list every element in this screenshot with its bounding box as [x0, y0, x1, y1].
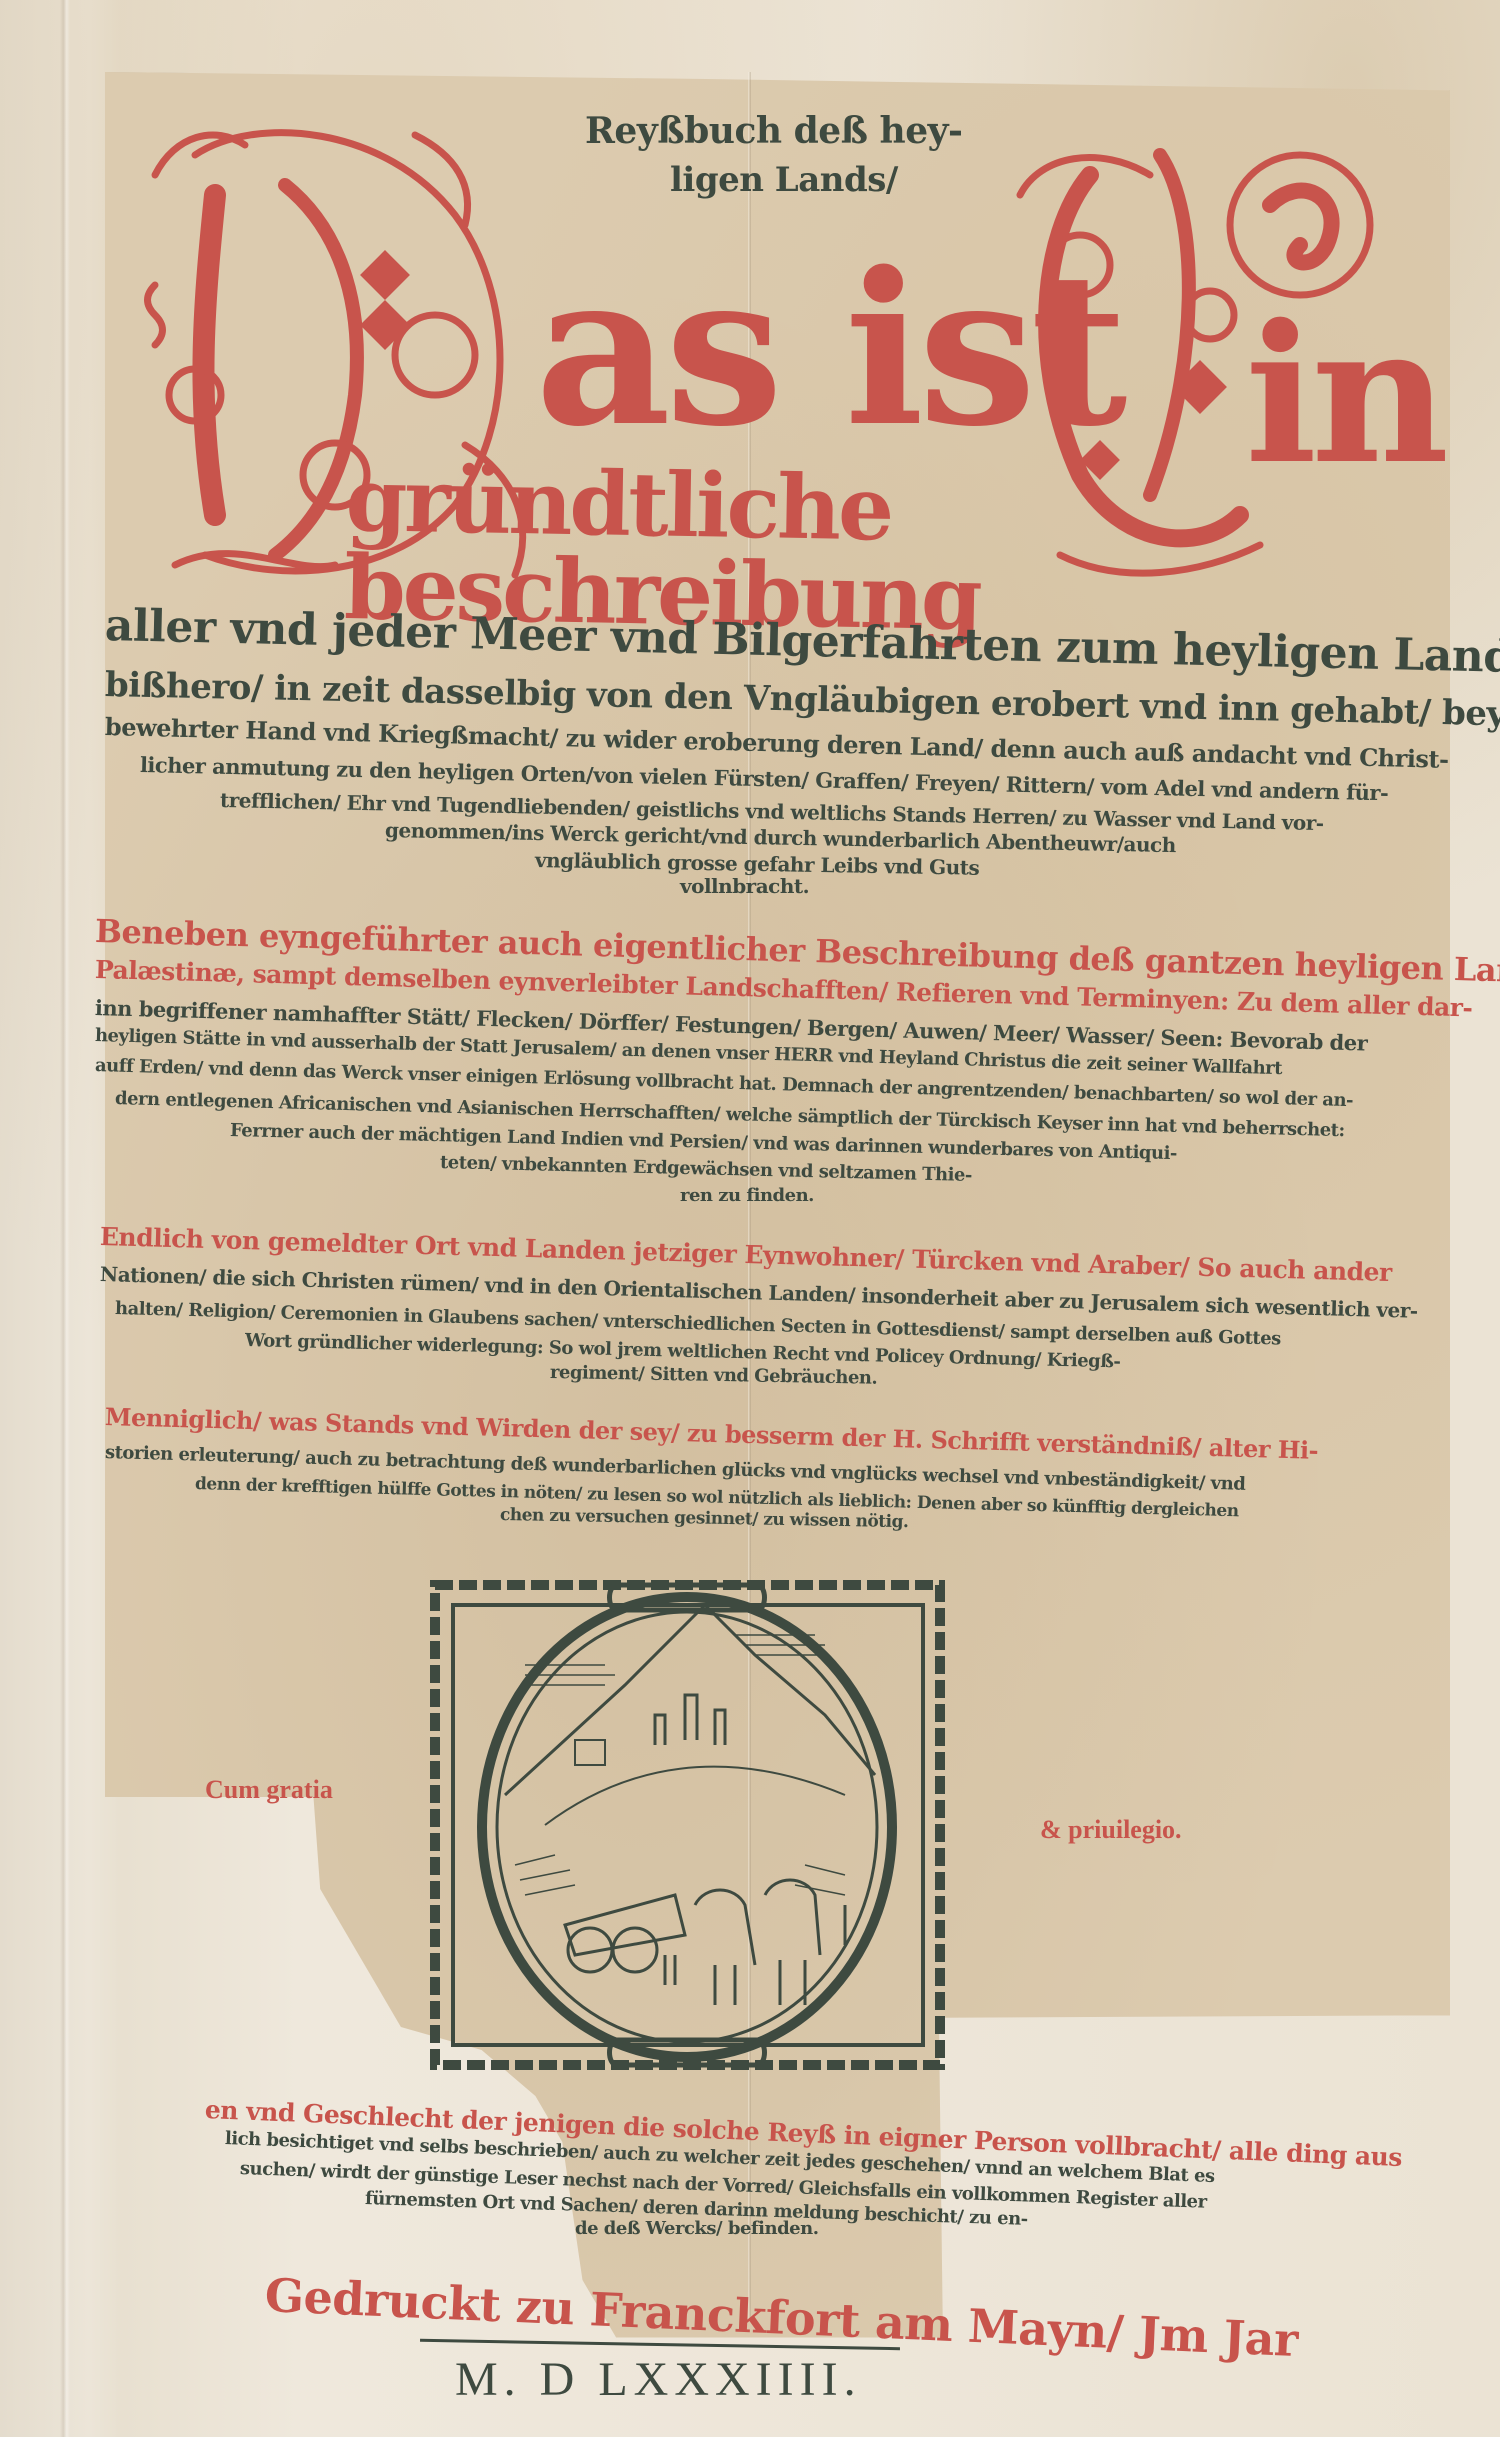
block1-line: vollnbracht.	[680, 874, 809, 898]
block2-line: ren zu finden.	[680, 1185, 814, 1206]
page-fold	[60, 0, 70, 2437]
woodcut-pilgrims-icon	[425, 1565, 950, 2085]
block5-line: de deß Wercks/ befinden.	[575, 2218, 818, 2239]
header-line-1: Reyßbuch deß hey-	[585, 110, 962, 152]
title-in: in	[1245, 300, 1443, 490]
header-line-2: ligen Lands/	[670, 160, 898, 200]
imprint-year: M. D LXXXIIII.	[455, 2352, 862, 2407]
privilege-right: & priuilegio.	[1040, 1815, 1182, 1845]
title-das-ist: as ist	[535, 245, 1121, 455]
woodcut-illustration	[425, 1565, 950, 2085]
privilege-left: Cum gratia	[205, 1775, 333, 1805]
